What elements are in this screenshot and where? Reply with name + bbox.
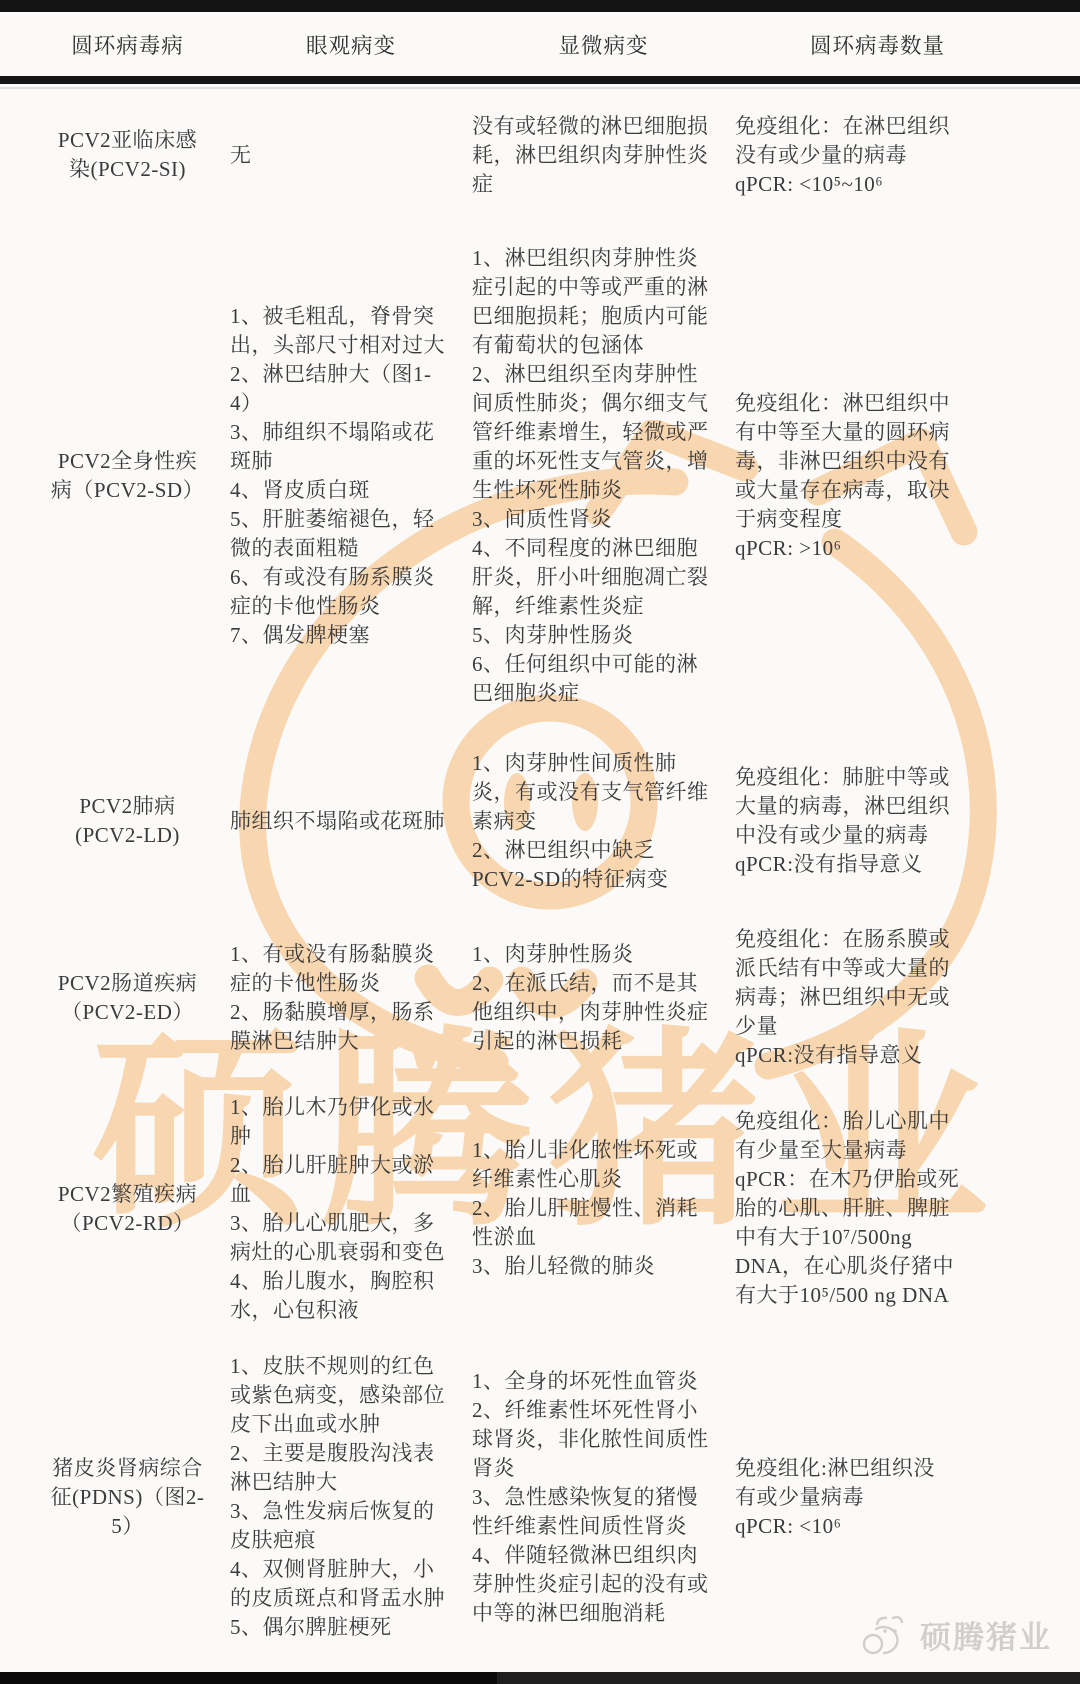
- column-header-micro-lesions: 显微病变: [472, 29, 735, 60]
- cell-virus-quantity: 免疫组化：在肠系膜或 派氏结有中等或大量的 病毒；淋巴组织中无或 少量 qPCR…: [735, 910, 1020, 1085]
- table-row: PCV2亚临床感 染(PCV2-SI) 无 没有或轻微的淋巴细胞损 耗，淋巴组织…: [25, 90, 1020, 220]
- table-row: PCV2繁殖疾病 （PCV2-RD） 1、胎儿木乃伊化或水 肿 2、胎儿肝脏肿大…: [25, 1085, 1020, 1332]
- footer-brand-text: 硕腾猪业: [920, 1612, 1052, 1657]
- cell-disease-name: PCV2亚临床感 染(PCV2-SI): [25, 90, 230, 220]
- cell-gross-lesions: 1、胎儿木乃伊化或水 肿 2、胎儿肝脏肿大或淤 血 3、胎儿心肌肥大，多 病灶的…: [230, 1085, 472, 1332]
- cell-gross-lesions: 1、皮肤不规则的红色 或紫色病变，感染部位 皮下出血或水肿 2、主要是腹股沟浅表…: [230, 1332, 472, 1662]
- cell-micro-lesions: 1、肉芽肿性肠炎 2、在派氏结，而不是其 他组织中，肉芽肿性炎症 引起的淋巴损耗: [472, 910, 735, 1085]
- column-header-virus-quantity: 圆环病毒数量: [735, 29, 1020, 60]
- top-frame-bar: [0, 0, 1080, 12]
- bottom-frame-bar: [0, 1672, 1080, 1684]
- pig-face-icon: [860, 1613, 912, 1657]
- cell-micro-lesions: 没有或轻微的淋巴细胞损 耗，淋巴组织肉芽肿性炎 症: [472, 90, 735, 220]
- cell-gross-lesions: 无: [230, 90, 472, 220]
- cell-disease-name: PCV2全身性疾 病（PCV2-SD）: [25, 220, 230, 732]
- cell-micro-lesions: 1、全身的坏死性血管炎 2、纤维素性坏死性肾小 球肾炎，非化脓性间质性 肾炎 3…: [472, 1332, 735, 1662]
- table-row: PCV2肺病 (PCV2-LD) 肺组织不塌陷或花斑肺 1、肉芽肿性间质性肺 炎…: [25, 732, 1020, 910]
- header-separator-line: [0, 76, 1080, 84]
- footer-brand-logo: 硕腾猪业: [860, 1612, 1052, 1657]
- cell-virus-quantity: 免疫组化：在淋巴组织 没有或少量的病毒 qPCR: <10⁵~10⁶: [735, 90, 1020, 220]
- cell-micro-lesions: 1、胎儿非化脓性坏死或 纤维素性心肌炎 2、胎儿肝脏慢性、消耗 性淤血 3、胎儿…: [472, 1085, 735, 1332]
- cell-gross-lesions: 1、被毛粗乱，脊骨突 出，头部尺寸相对过大 2、淋巴结肿大（图1- 4） 3、肺…: [230, 220, 472, 732]
- cell-virus-quantity: 免疫组化：淋巴组织中 有中等至大量的圆环病 毒，非淋巴组织中没有 或大量存在病毒…: [735, 220, 1020, 732]
- table-body: PCV2亚临床感 染(PCV2-SI) 无 没有或轻微的淋巴细胞损 耗，淋巴组织…: [25, 90, 1020, 1662]
- cell-disease-name: PCV2肠道疾病 （PCV2-ED）: [25, 910, 230, 1085]
- cell-virus-quantity: 免疫组化：肺脏中等或 大量的病毒，淋巴组织 中没有或少量的病毒 qPCR:没有指…: [735, 732, 1020, 910]
- header-separator-shadow: [0, 87, 1080, 89]
- table-header-row: 圆环病毒病 眼观病变 显微病变 圆环病毒数量: [25, 12, 1020, 76]
- cell-gross-lesions: 肺组织不塌陷或花斑肺: [230, 732, 472, 910]
- column-header-gross-lesions: 眼观病变: [230, 29, 472, 60]
- cell-micro-lesions: 1、肉芽肿性间质性肺 炎，有或没有支气管纤维 素病变 2、淋巴组织中缺乏 PCV…: [472, 732, 735, 910]
- cell-micro-lesions: 1、淋巴组织肉芽肿性炎 症引起的中等或严重的淋 巴细胞损耗；胞质内可能 有葡萄状…: [472, 220, 735, 732]
- table-row: PCV2肠道疾病 （PCV2-ED） 1、有或没有肠黏膜炎 症的卡他性肠炎 2、…: [25, 910, 1020, 1085]
- cell-gross-lesions: 1、有或没有肠黏膜炎 症的卡他性肠炎 2、肠黏膜增厚，肠系 膜淋巴结肿大: [230, 910, 472, 1085]
- article-page: 硕腾猪业 圆环病毒病 眼观病变 显微病变 圆环病毒数量 PCV2亚临床感 染(P…: [0, 0, 1080, 1684]
- column-header-disease: 圆环病毒病: [25, 29, 230, 60]
- cell-disease-name: 猪皮炎肾病综合 征(PDNS)（图2- 5）: [25, 1332, 230, 1662]
- cell-disease-name: PCV2肺病 (PCV2-LD): [25, 732, 230, 910]
- table-row: PCV2全身性疾 病（PCV2-SD） 1、被毛粗乱，脊骨突 出，头部尺寸相对过…: [25, 220, 1020, 732]
- cell-disease-name: PCV2繁殖疾病 （PCV2-RD）: [25, 1085, 230, 1332]
- cell-virus-quantity: 免疫组化：胎儿心肌中 有少量至大量病毒 qPCR：在木乃伊胎或死 胎的心肌、肝脏…: [735, 1085, 1020, 1332]
